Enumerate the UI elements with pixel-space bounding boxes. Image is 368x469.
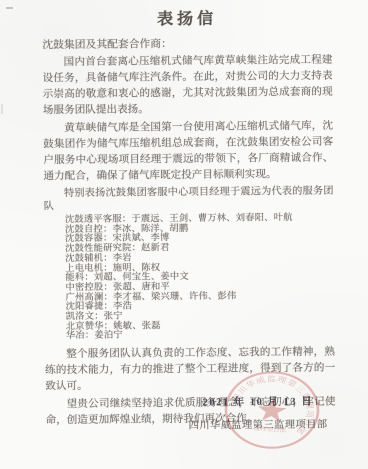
team-members: 李岩	[113, 253, 132, 263]
team-members: 于震远、王剑、曹万林、刘春阳、叶航	[131, 213, 293, 224]
letter-body: 表扬信 沈鼓集团及其配套合作商： 国内首台套离心压缩机式储气库黄草峡集注站完成工…	[42, 7, 336, 430]
team-separator: ：	[103, 283, 113, 293]
team-separator: ：	[132, 244, 142, 254]
team-members: 李浩	[113, 302, 132, 312]
team-members: 张宁	[104, 312, 123, 322]
team-separator: ：	[85, 331, 95, 341]
paragraph-1: 国内首台套离心压缩机式储气库黄草峡集注站完成工程建设任务，具备储气库注汽条件。在…	[42, 53, 333, 120]
team-unit: 华冶	[66, 331, 85, 341]
scan-artifact	[6, 7, 13, 9]
team-unit: 凯洛文	[66, 312, 95, 322]
team-unit: 能科	[65, 273, 84, 283]
team-row: 华冶：姜泊宁	[66, 330, 335, 342]
team-separator: ：	[103, 234, 113, 244]
paragraph-2: 黄草峡储气库是全国第一台使用离心压缩机式储气库，沈鼓集团作为储气库压缩机组总成套…	[43, 119, 334, 186]
letter-date: 2021 年 10 月 13 日	[188, 393, 328, 409]
salutation: 沈鼓集团及其配套合作商：	[42, 36, 332, 53]
team-separator: ：	[94, 312, 104, 322]
team-separator: ：	[104, 302, 114, 312]
team-separator: ：	[103, 253, 113, 263]
special-commendation-line: 特别表扬沈鼓集团客服中心项目经理于震远为代表的服务团队	[44, 185, 334, 214]
scan-artifact	[1, 104, 3, 114]
team-members: 赵新君	[141, 243, 170, 253]
scanned-letter-page: 表扬信 沈鼓集团及其配套合作商： 国内首台套离心压缩机式储气库黄草峡集注站完成工…	[0, 0, 368, 469]
signature-block: 2021 年 10 月 13 日 四川华威监理第三监理项目部	[188, 393, 328, 431]
team-separator: ：	[84, 273, 94, 283]
team-members: 姜泊宁	[94, 331, 123, 341]
commended-teams-list: 沈鼓透平客服：于震远、王剑、曹万林、刘春阳、叶航 沈鼓自控：李冰、陈洋、胡鹏 沈…	[65, 214, 335, 342]
page-title: 表扬信	[42, 9, 332, 32]
closing-paragraph-1: 整个服务团队认真负责的工作态度、忘我的工作精神，熟练的技术能力，有力的推进了整个…	[45, 345, 335, 396]
issuing-department: 四川华威监理第三监理项目部	[188, 415, 328, 431]
